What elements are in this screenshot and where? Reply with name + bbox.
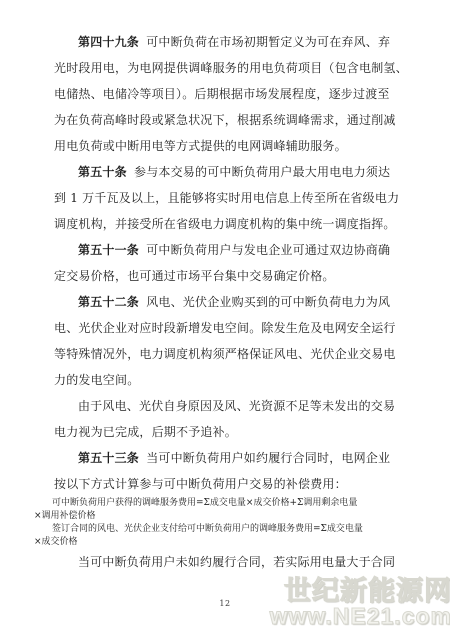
paragraph: 第四十九条可中断负荷在市场初期暂定义为可在弃风、弃光时段用电，为电网提供调峰服务… xyxy=(54,29,398,159)
formula-paragraph: 可中断负荷用户获得的调峰服务费用=Σ成交电量×成交价格+Σ调用剩余电量×调用补偿… xyxy=(34,497,416,523)
text-line: 用电负荷或中断用电等方式提供的电网调峰辅助服务。 xyxy=(54,133,398,159)
text-line: 电、光伏企业对应时段新增发电空间。除发生危及电网安全运行 xyxy=(54,315,398,341)
article-heading: 第五十条 xyxy=(78,165,127,179)
document-body: 第四十九条可中断负荷在市场初期暂定义为可在弃风、弃光时段用电，为电网提供调峰服务… xyxy=(0,0,450,575)
paragraph: 当可中断负荷用户未如约履行合同，若实际用电量大于合同 xyxy=(54,549,398,575)
text-line: 定交易价格，也可通过市场平台集中交易确定价格。 xyxy=(54,263,398,289)
text-line: 电力视为已完成，后期不予追补。 xyxy=(54,419,398,445)
document-page: 第四十九条可中断负荷在市场初期暂定义为可在弃风、弃光时段用电，为电网提供调峰服务… xyxy=(0,0,450,634)
text-line: 力的发电空间。 xyxy=(54,367,398,393)
text-line: ×成交价格 xyxy=(34,536,416,549)
text-line: 为在负荷高峰时段或紧急状况下，根据系统调峰需求，通过削减 xyxy=(54,107,398,133)
paragraph: 第五十一条可中断负荷用户与发电企业可通过双边协商确定交易价格，也可通过市场平台集… xyxy=(54,237,398,289)
text-line: 等特殊情况外，电力调度机构须严格保证风电、光伏企业交易电 xyxy=(54,341,398,367)
text-line: 可中断负荷用户获得的调峰服务费用=Σ成交电量×成交价格+Σ调用剩余电量 xyxy=(34,497,416,510)
text-line: 当可中断负荷用户未如约履行合同，若实际用电量大于合同 xyxy=(54,549,398,575)
text-line: 第四十九条可中断负荷在市场初期暂定义为可在弃风、弃 xyxy=(54,29,398,55)
text-line: 按以下方式计算参与可中断负荷用户交易的补偿费用： xyxy=(54,471,398,497)
text-line: 第五十二条风电、光伏企业购买到的可中断负荷电力为风 xyxy=(54,289,398,315)
text-line: 调度机构，并接受所在省级电力调度机构的集中统一调度指挥。 xyxy=(54,211,398,237)
text-line: 电储热、电储冷等项目）。后期根据市场发展程度，逐步过渡至 xyxy=(54,81,398,107)
article-heading: 第五十一条 xyxy=(78,243,139,257)
text-line: 到 1 万千瓦及以上，且能够将实时用电信息上传至所在省级电力 xyxy=(54,185,398,211)
paragraph: 第五十三条当可中断负荷用户如约履行合同时，电网企业按以下方式计算参与可中断负荷用… xyxy=(54,445,398,497)
paragraph: 由于风电、光伏自身原因及风、光资源不足等未发出的交易电力视为已完成，后期不予追补… xyxy=(54,393,398,445)
paragraph: 第五十条参与本交易的可中断负荷用户最大用电电力须达到 1 万千瓦及以上，且能够将… xyxy=(54,159,398,237)
article-heading: 第四十九条 xyxy=(78,35,139,49)
text-line: 第五十条参与本交易的可中断负荷用户最大用电电力须达 xyxy=(54,159,398,185)
text-line: 签订合同的风电、光伏企业支付给可中断负荷用户的调峰服务费用=Σ成交电量 xyxy=(34,523,416,536)
article-heading: 第五十三条 xyxy=(78,451,139,465)
text-line: 光时段用电，为电网提供调峰服务的用电负荷项目（包含电制氢、 xyxy=(54,55,398,81)
page-number: 12 xyxy=(0,599,450,608)
article-heading: 第五十二条 xyxy=(78,295,139,309)
watermark-url: www.NE21.com xyxy=(270,605,450,628)
text-line: 由于风电、光伏自身原因及风、光资源不足等未发出的交易 xyxy=(54,393,398,419)
paragraph: 第五十二条风电、光伏企业购买到的可中断负荷电力为风电、光伏企业对应时段新增发电空… xyxy=(54,289,398,393)
formula-paragraph: 签订合同的风电、光伏企业支付给可中断负荷用户的调峰服务费用=Σ成交电量×成交价格 xyxy=(34,523,416,549)
text-line: ×调用补偿价格 xyxy=(34,510,416,523)
text-line: 第五十一条可中断负荷用户与发电企业可通过双边协商确 xyxy=(54,237,398,263)
text-line: 第五十三条当可中断负荷用户如约履行合同时，电网企业 xyxy=(54,445,398,471)
